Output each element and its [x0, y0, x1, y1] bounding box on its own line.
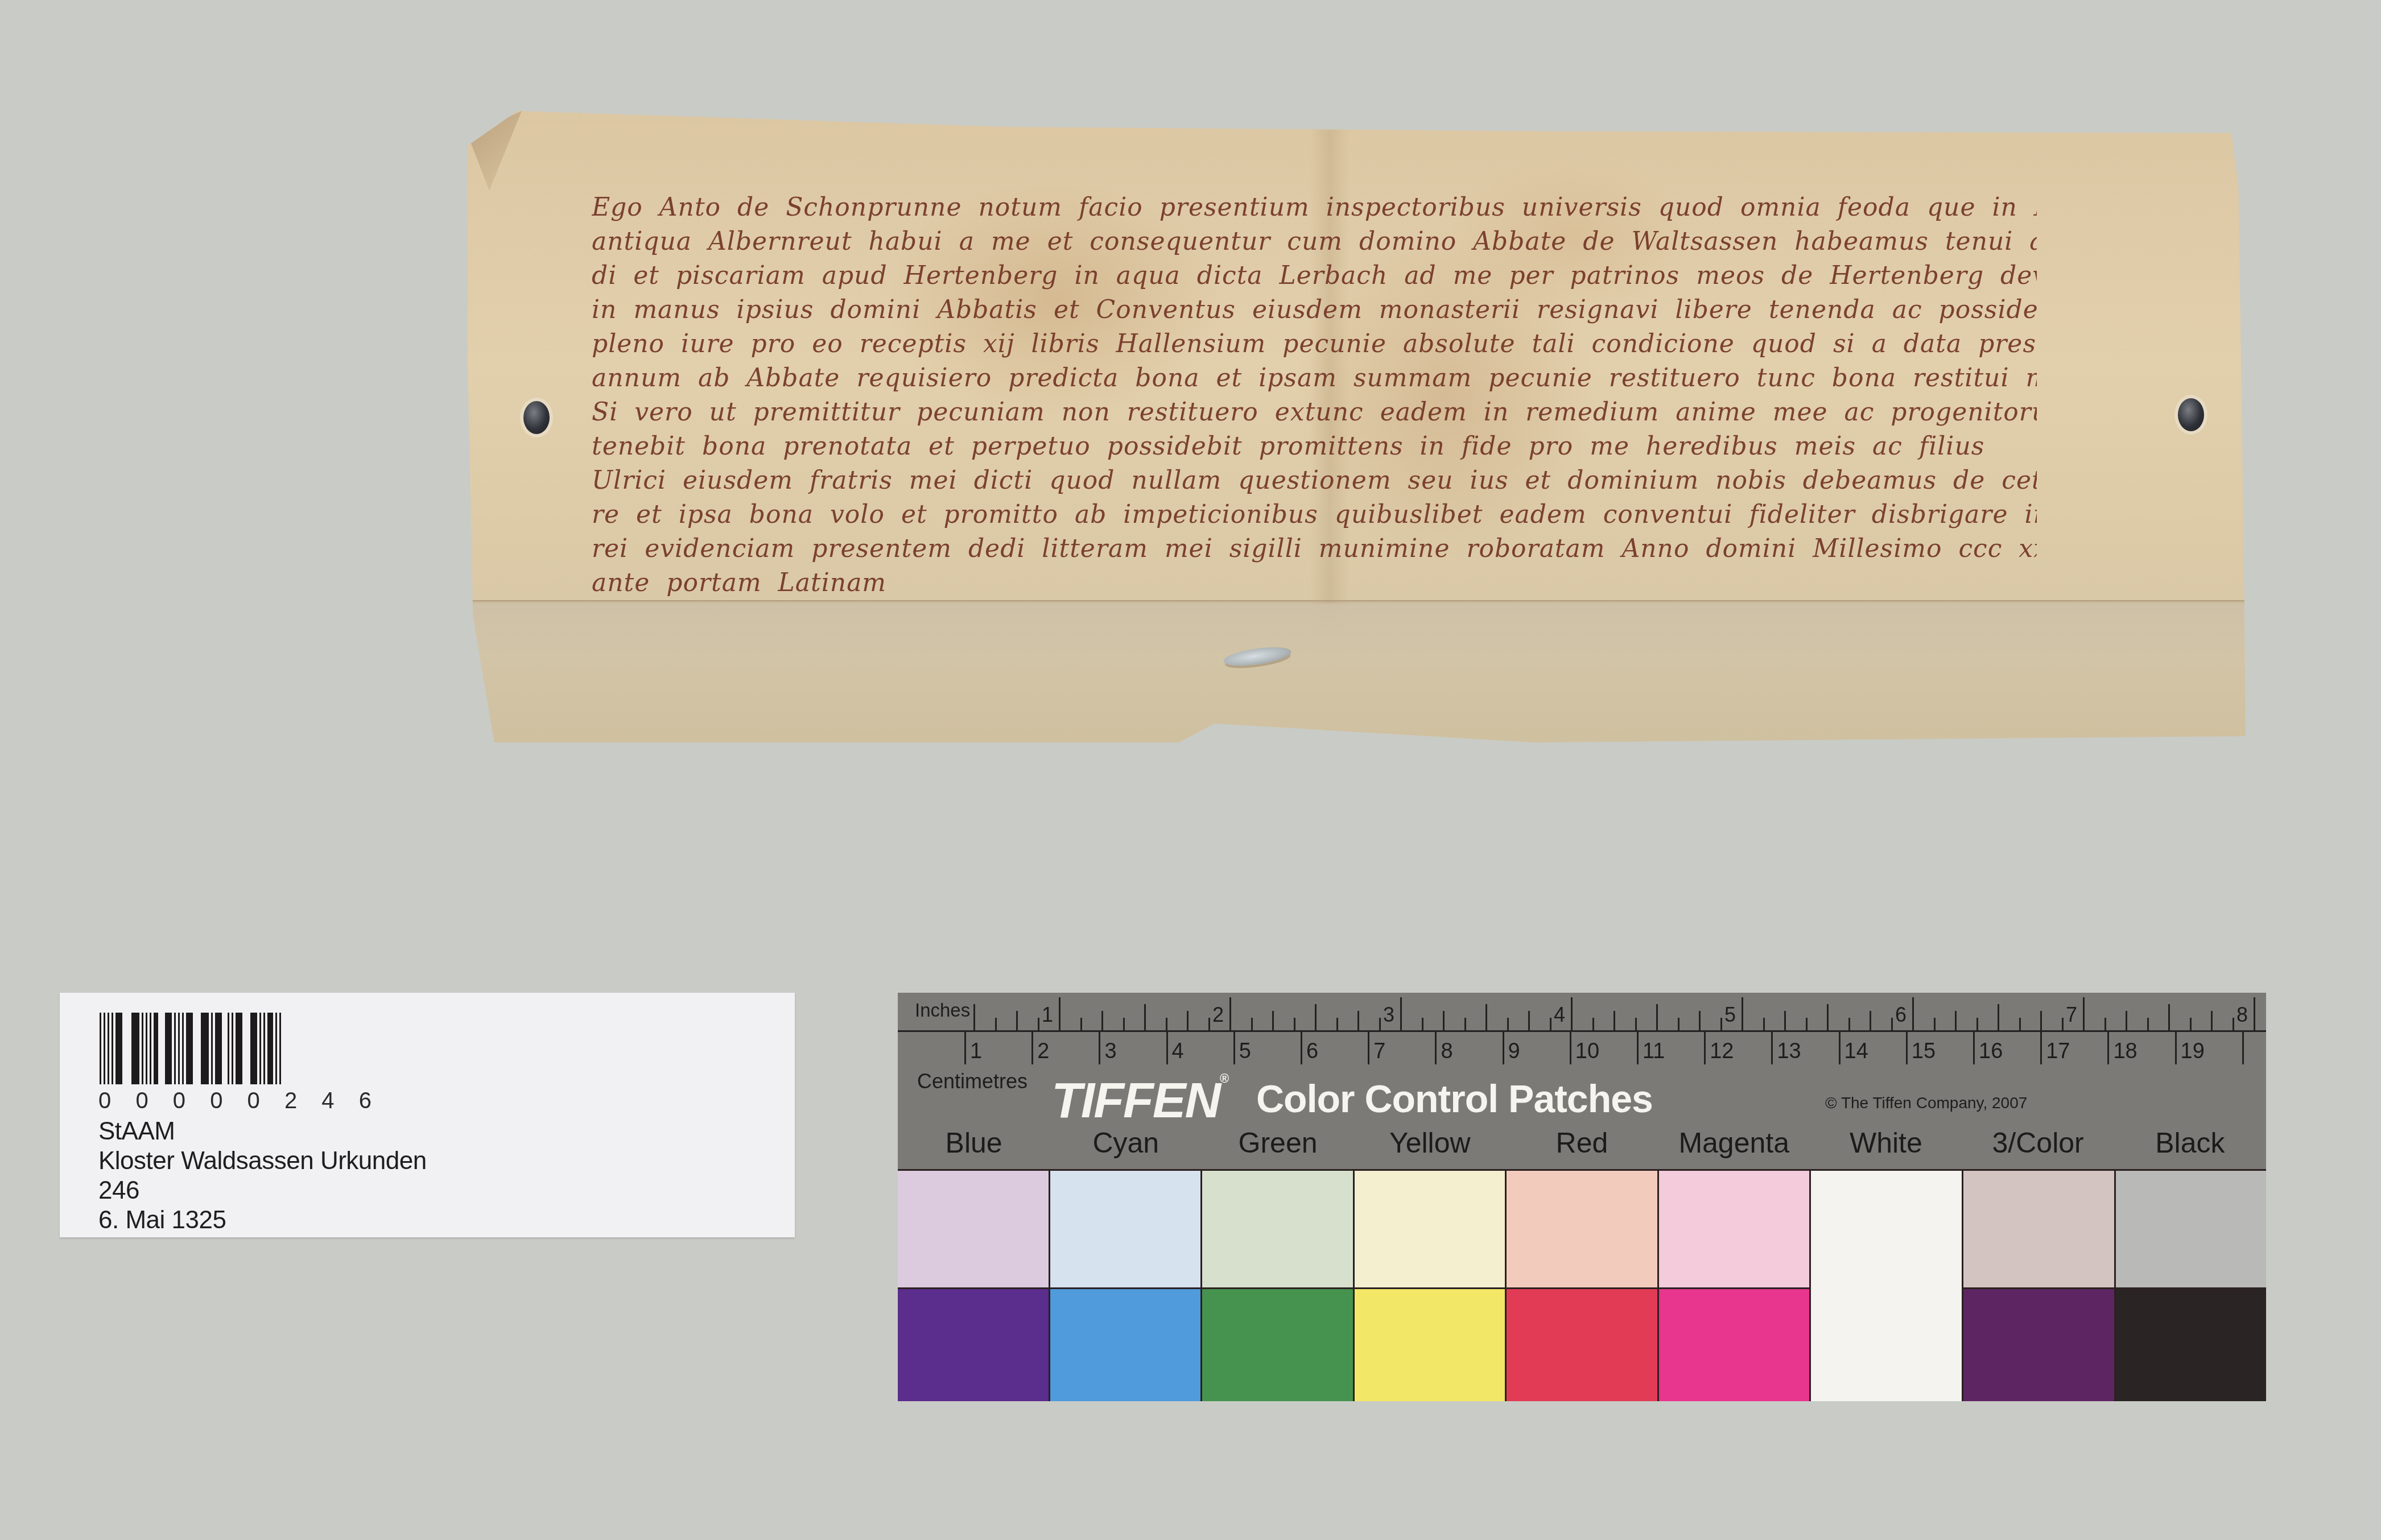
barcode-digits: 0 0 0 0 0 2 4 6 [98, 1088, 372, 1114]
ruler-tick [1973, 1031, 1975, 1064]
patch-light [1202, 1169, 1353, 1287]
patch-dark [1659, 1287, 1810, 1401]
patch-name-green: Green [1202, 1126, 1354, 1166]
ruler-tick [1038, 1018, 1039, 1030]
patch-light [2116, 1169, 2267, 1287]
cm-tick-label: 10 [1575, 1039, 1599, 1064]
cm-tick-label: 19 [2181, 1039, 2205, 1064]
ruler-tick [1806, 1018, 1808, 1030]
inch-tick-label: 8 [2236, 1003, 2248, 1027]
tiffen-logo: TIFFEN® [1051, 1071, 1228, 1129]
centimetres-label: Centimetres [917, 1070, 1027, 1093]
ruler-tick [1784, 1011, 1786, 1030]
ruler-tick [1656, 1004, 1658, 1030]
ruler-tick [1166, 1031, 1168, 1064]
patch-column-magenta [1657, 1169, 1810, 1401]
ruler-tick [1570, 1031, 1571, 1064]
ruler-tick [995, 1018, 997, 1030]
ruler-tick [1678, 1018, 1680, 1030]
patch-dark [1963, 1287, 2114, 1401]
patch-column-green [1200, 1169, 1353, 1401]
barcode-digit: 0 [173, 1088, 185, 1114]
patch-dark [2116, 1287, 2267, 1401]
patch-dark [1050, 1287, 1201, 1401]
ruler-tick [1906, 1031, 1908, 1064]
inch-tick-label: 5 [1724, 1003, 1736, 1027]
script-line: Ego Anto de Schonprunne notum facio pres… [592, 191, 2037, 225]
cm-tick-label: 18 [2113, 1039, 2137, 1064]
ruler-tick [2019, 1018, 2021, 1030]
cm-tick-label: 7 [1373, 1039, 1385, 1064]
ruler-tick [1123, 1018, 1125, 1030]
ruler-tick [1839, 1031, 1841, 1064]
ruler-tick [2168, 1004, 2170, 1030]
patch-column-black [2114, 1169, 2267, 1401]
barcode-digit: 0 [210, 1088, 222, 1114]
patch-name-3color: 3/Color [1962, 1126, 2114, 1166]
ruler-tick [1400, 997, 1402, 1030]
script-line: in manus ipsius domini Abbatis et Conven… [592, 293, 2037, 327]
patch-white [1811, 1169, 1962, 1401]
patch-light [1507, 1169, 1657, 1287]
ruler-tick [1315, 1004, 1317, 1030]
ruler-tick [1166, 1018, 1167, 1030]
ruler-tick [1144, 1004, 1146, 1030]
barcode-digit: 2 [284, 1088, 297, 1114]
ruler-tick [1301, 1031, 1302, 1064]
script-line: Si vero ut premittitur pecuniam non rest… [592, 395, 2037, 430]
ruler-tick [1422, 1018, 1423, 1030]
ruler-tick [2040, 1011, 2042, 1030]
patch-name-magenta: Magenta [1658, 1126, 1810, 1166]
color-patches [898, 1169, 2266, 1401]
cm-tick-label: 11 [1643, 1039, 1665, 1064]
cm-tick-label: 16 [1979, 1039, 2003, 1064]
inch-tick-label: 7 [2066, 1003, 2077, 1027]
chart-title: Color Control Patches [1256, 1077, 1653, 1121]
ruler-tick [1891, 1018, 1893, 1030]
cm-tick-label: 17 [2046, 1039, 2070, 1064]
patch-dark [1507, 1287, 1657, 1401]
cm-tick-label: 1 [970, 1039, 982, 1064]
ruler-tick [1614, 1011, 1615, 1030]
patch-light [1355, 1169, 1505, 1287]
cm-tick-label: 13 [1777, 1039, 1801, 1064]
ruler-tick [1016, 1011, 1018, 1030]
ruler-tick [1742, 997, 1743, 1030]
patch-name-blue: Blue [898, 1126, 1050, 1166]
patch-column-3-color [1962, 1169, 2114, 1401]
ruler-tick [1720, 1018, 1722, 1030]
ruler-tick [1699, 1011, 1701, 1030]
ruler-tick [1485, 1004, 1487, 1030]
inch-tick-label: 1 [1042, 1003, 1053, 1027]
patch-column-blue [898, 1169, 1049, 1401]
charter-text: Ego Anto de Schonprunne notum facio pres… [592, 191, 2037, 600]
patch-name-cyan: Cyan [1050, 1126, 1202, 1166]
patch-dark [1355, 1287, 1505, 1401]
copyright-notice: © The Tiffen Company, 2007 [1825, 1094, 2027, 1112]
color-control-chart: Inches 123456781234567891011121314151617… [898, 993, 2266, 1401]
script-line: tenebit bona prenotata et perpetuo possi… [592, 430, 2037, 464]
cm-tick-label: 12 [1710, 1039, 1734, 1064]
inch-tick-label: 2 [1212, 1003, 1224, 1027]
ruler-tick [2254, 997, 2255, 1030]
ruler-tick [1272, 1011, 1274, 1030]
patch-name-white: White [1810, 1126, 1962, 1166]
cm-tick-label: 5 [1239, 1039, 1251, 1064]
patch-name-red: Red [1506, 1126, 1658, 1166]
ruler-tick [2107, 1031, 2109, 1064]
inch-tick-label: 4 [1554, 1003, 1565, 1027]
collection-name: Kloster Waldsassen Urkunden [98, 1146, 427, 1176]
patch-name-black: Black [2114, 1126, 2266, 1166]
ruler-tick [2126, 1011, 2127, 1030]
ruler-tick [1763, 1018, 1765, 1030]
patch-column-red [1505, 1169, 1657, 1401]
cm-tick-label: 2 [1037, 1039, 1049, 1064]
ruler-tick [1635, 1018, 1637, 1030]
patch-names: Blue Cyan Green Yellow Red Magenta White… [898, 1126, 2266, 1166]
script-line: Ulrici eiusdem fratris mei dicti quod nu… [592, 464, 2037, 498]
ruler-tick [1464, 1018, 1466, 1030]
inch-tick-label: 6 [1895, 1003, 1907, 1027]
brand-name: TIFFEN [1051, 1072, 1220, 1128]
script-line: annum ab Abbate requisiero predicta bona… [592, 361, 2037, 395]
ruler-tick [973, 1004, 975, 1030]
cm-tick-label: 4 [1172, 1039, 1184, 1064]
ruler-tick [1848, 1018, 1850, 1030]
folded-corner [468, 111, 522, 191]
ruler-tick [1435, 1031, 1437, 1064]
mounting-pin-icon [2178, 398, 2204, 431]
barcode-digit: 0 [247, 1088, 260, 1114]
script-line: ante portam Latinam [592, 566, 2037, 600]
ruler-tick [1080, 1018, 1082, 1030]
cm-tick-label: 14 [1844, 1039, 1868, 1064]
ruler-tick [1059, 997, 1060, 1030]
cm-tick-label: 6 [1306, 1039, 1318, 1064]
ruler-tick [1507, 1018, 1509, 1030]
ruler-tick [1368, 1031, 1369, 1064]
ruler-tick [1571, 997, 1573, 1030]
document-number: 246 [98, 1176, 427, 1205]
ruler-tick [2242, 1031, 2244, 1064]
patch-column-yellow [1353, 1169, 1505, 1401]
ruler-tick [1827, 1004, 1829, 1030]
ruler-tick [1704, 1031, 1706, 1064]
patch-name-yellow: Yellow [1354, 1126, 1506, 1166]
ruler-tick [1031, 1031, 1033, 1064]
ruler-tick [1187, 1011, 1189, 1030]
barcode-digit: 6 [359, 1088, 372, 1114]
ruler-tick [2147, 1018, 2149, 1030]
cm-tick-label: 3 [1104, 1039, 1116, 1064]
patch-light [1050, 1169, 1201, 1287]
patch-dark [1202, 1287, 1353, 1401]
ruler-tick [1592, 1018, 1594, 1030]
ruler-tick [1336, 1018, 1338, 1030]
patch-light [898, 1169, 1049, 1287]
inches-label: Inches [915, 1000, 970, 1021]
document-date: 6. Mai 1325 [98, 1205, 427, 1235]
ruler-tick [1251, 1018, 1253, 1030]
barcode-icon [100, 1013, 281, 1084]
ruler-baseline [898, 1030, 2266, 1032]
ruler-tick [2104, 1018, 2106, 1030]
barcode-digit: 4 [321, 1088, 334, 1114]
patch-light [1963, 1169, 2114, 1287]
ruler-tick [1998, 1004, 1999, 1030]
barcode-digit: 0 [98, 1088, 111, 1114]
ruler-tick [2190, 1018, 2192, 1030]
script-line: antiqua Albernreut habui a me et consequ… [592, 225, 2037, 259]
ruler-tick [1357, 1011, 1359, 1030]
patch-column-white [1809, 1169, 1962, 1401]
ruler-tick [1976, 1018, 1978, 1030]
archive-name: StAAM [98, 1117, 427, 1146]
ruler-tick [1934, 1018, 1936, 1030]
ruler-tick [2175, 1031, 2177, 1064]
ruler-tick [2211, 1011, 2213, 1030]
patch-light [1659, 1169, 1810, 1287]
ruler-tick [1208, 1018, 1210, 1030]
cm-tick-label: 8 [1441, 1039, 1452, 1064]
ruler-tick [1550, 1018, 1551, 1030]
ruler-tick [1443, 1011, 1445, 1030]
ruler-tick [1233, 1031, 1235, 1064]
ruler-tick [2062, 1018, 2064, 1030]
ruler-tick [2233, 1018, 2234, 1030]
ruler-tick [1294, 1018, 1295, 1030]
script-line: re et ipsa bona volo et promitto ab impe… [592, 498, 2037, 532]
archive-label-card: 0 0 0 0 0 2 4 6 StAAM Kloster Waldsassen… [60, 993, 795, 1237]
script-line: di et piscariam apud Hertenberg in aqua … [592, 259, 2037, 293]
ruler-tick [1229, 997, 1231, 1030]
ruler-tick [1528, 1011, 1530, 1030]
ruler-tick [1099, 1031, 1100, 1064]
ruler-tick [1101, 1011, 1103, 1030]
bottom-fold-plica [468, 600, 2246, 742]
script-line: pleno iure pro eo receptis xij libris Ha… [592, 327, 2037, 361]
cm-tick-label: 15 [1912, 1039, 1936, 1064]
ruler-tick [1503, 1031, 1504, 1064]
ruler-tick [1870, 1011, 1871, 1030]
ruler-tick [1955, 1011, 1957, 1030]
ruler-tick [964, 1031, 966, 1064]
patch-dark [898, 1287, 1049, 1401]
barcode-digit: 0 [135, 1088, 148, 1114]
ruler-tick [2083, 997, 2085, 1030]
script-line: rei evidenciam presentem dedi litteram m… [592, 532, 2037, 566]
ruler-tick [1637, 1031, 1639, 1064]
inch-tick-label: 3 [1383, 1003, 1394, 1027]
mounting-pin-icon [523, 401, 550, 434]
ruler-tick [2040, 1031, 2042, 1064]
patch-column-cyan [1049, 1169, 1201, 1401]
registered-mark: ® [1220, 1071, 1228, 1085]
cm-tick-label: 9 [1508, 1039, 1520, 1064]
ruler-tick [1379, 1018, 1381, 1030]
ruler-tick [1771, 1031, 1773, 1064]
ruler-tick [1912, 997, 1914, 1030]
